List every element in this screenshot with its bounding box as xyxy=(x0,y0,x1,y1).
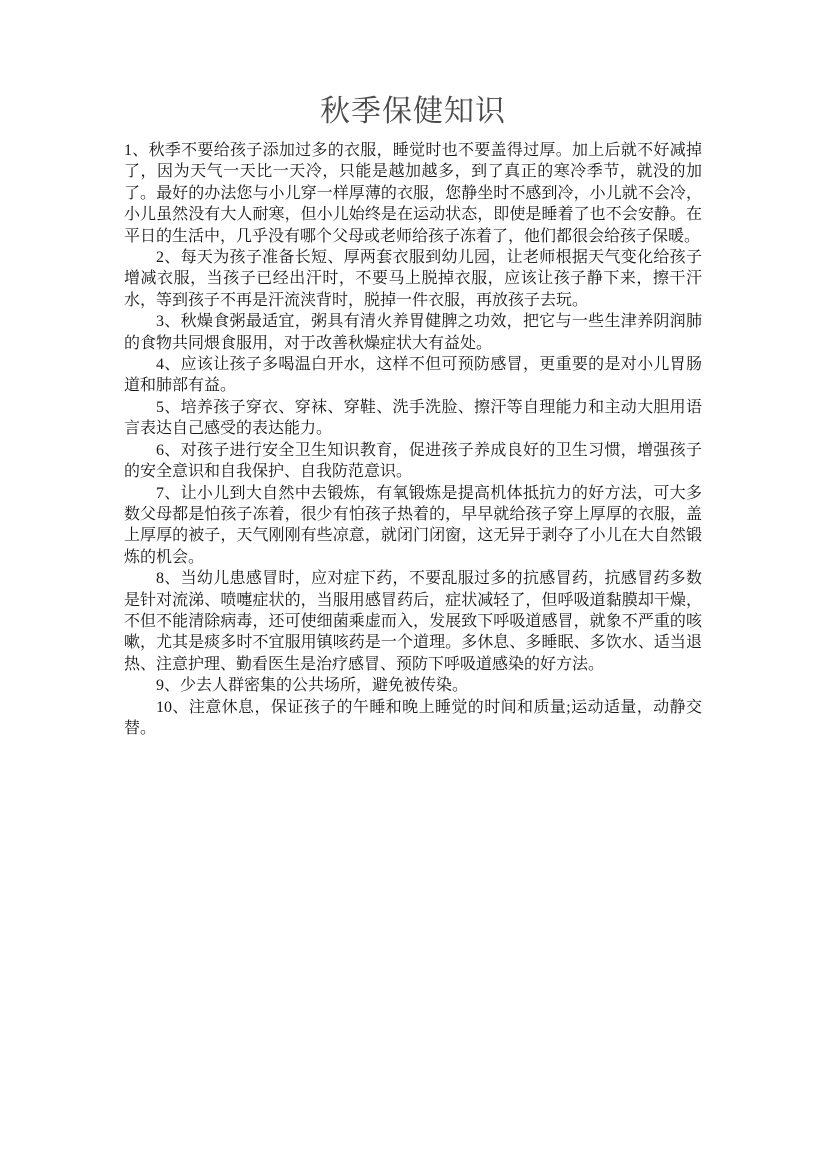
document-content: 秋季保健知识 1、秋季不要给孩子添加过多的衣服，睡觉时也不要盖得过厚。加上后就不… xyxy=(124,92,702,739)
document-title: 秋季保健知识 xyxy=(124,92,702,131)
paragraph: 9、少去人群密集的公共场所，避免被传染。 xyxy=(124,675,702,696)
paragraph: 1、秋季不要给孩子添加过多的衣服，睡觉时也不要盖得过厚。加上后就不好减掉了，因为… xyxy=(124,140,702,247)
paragraph: 2、每天为孩子准备长短、厚两套衣服到幼儿园，让老师根据天气变化给孩子增减衣服，当… xyxy=(124,247,702,311)
document-body: 1、秋季不要给孩子添加过多的衣服，睡觉时也不要盖得过厚。加上后就不好减掉了，因为… xyxy=(124,140,702,739)
paragraph: 7、让小儿到大自然中去锻炼，有氧锻炼是提高机体抵抗力的好方法，可大多数父母都是怕… xyxy=(124,483,702,569)
document-page: 秋季保健知识 1、秋季不要给孩子添加过多的衣服，睡觉时也不要盖得过厚。加上后就不… xyxy=(0,0,827,1170)
paragraph: 6、对孩子进行安全卫生知识教育，促进孩子养成良好的卫生习惯，增强孩子的安全意识和… xyxy=(124,440,702,483)
paragraph: 5、培养孩子穿衣、穿袜、穿鞋、洗手洗脸、擦汗等自理能力和主动大胆用语言表达自己感… xyxy=(124,397,702,440)
paragraph: 3、秋燥食粥最适宜，粥具有清火养胃健脾之功效，把它与一些生津养阴润肺的食物共同煨… xyxy=(124,311,702,354)
paragraph: 4、应该让孩子多喝温白开水，这样不但可预防感冒，更重要的是对小儿胃肠道和肺部有益… xyxy=(124,354,702,397)
paragraph: 10、注意休息，保证孩子的午睡和晚上睡觉的时间和质量;运动适量，动静交替。 xyxy=(124,697,702,740)
paragraph: 8、当幼儿患感冒时，应对症下药，不要乱服过多的抗感冒药，抗感冒药多数是针对流涕、… xyxy=(124,568,702,675)
